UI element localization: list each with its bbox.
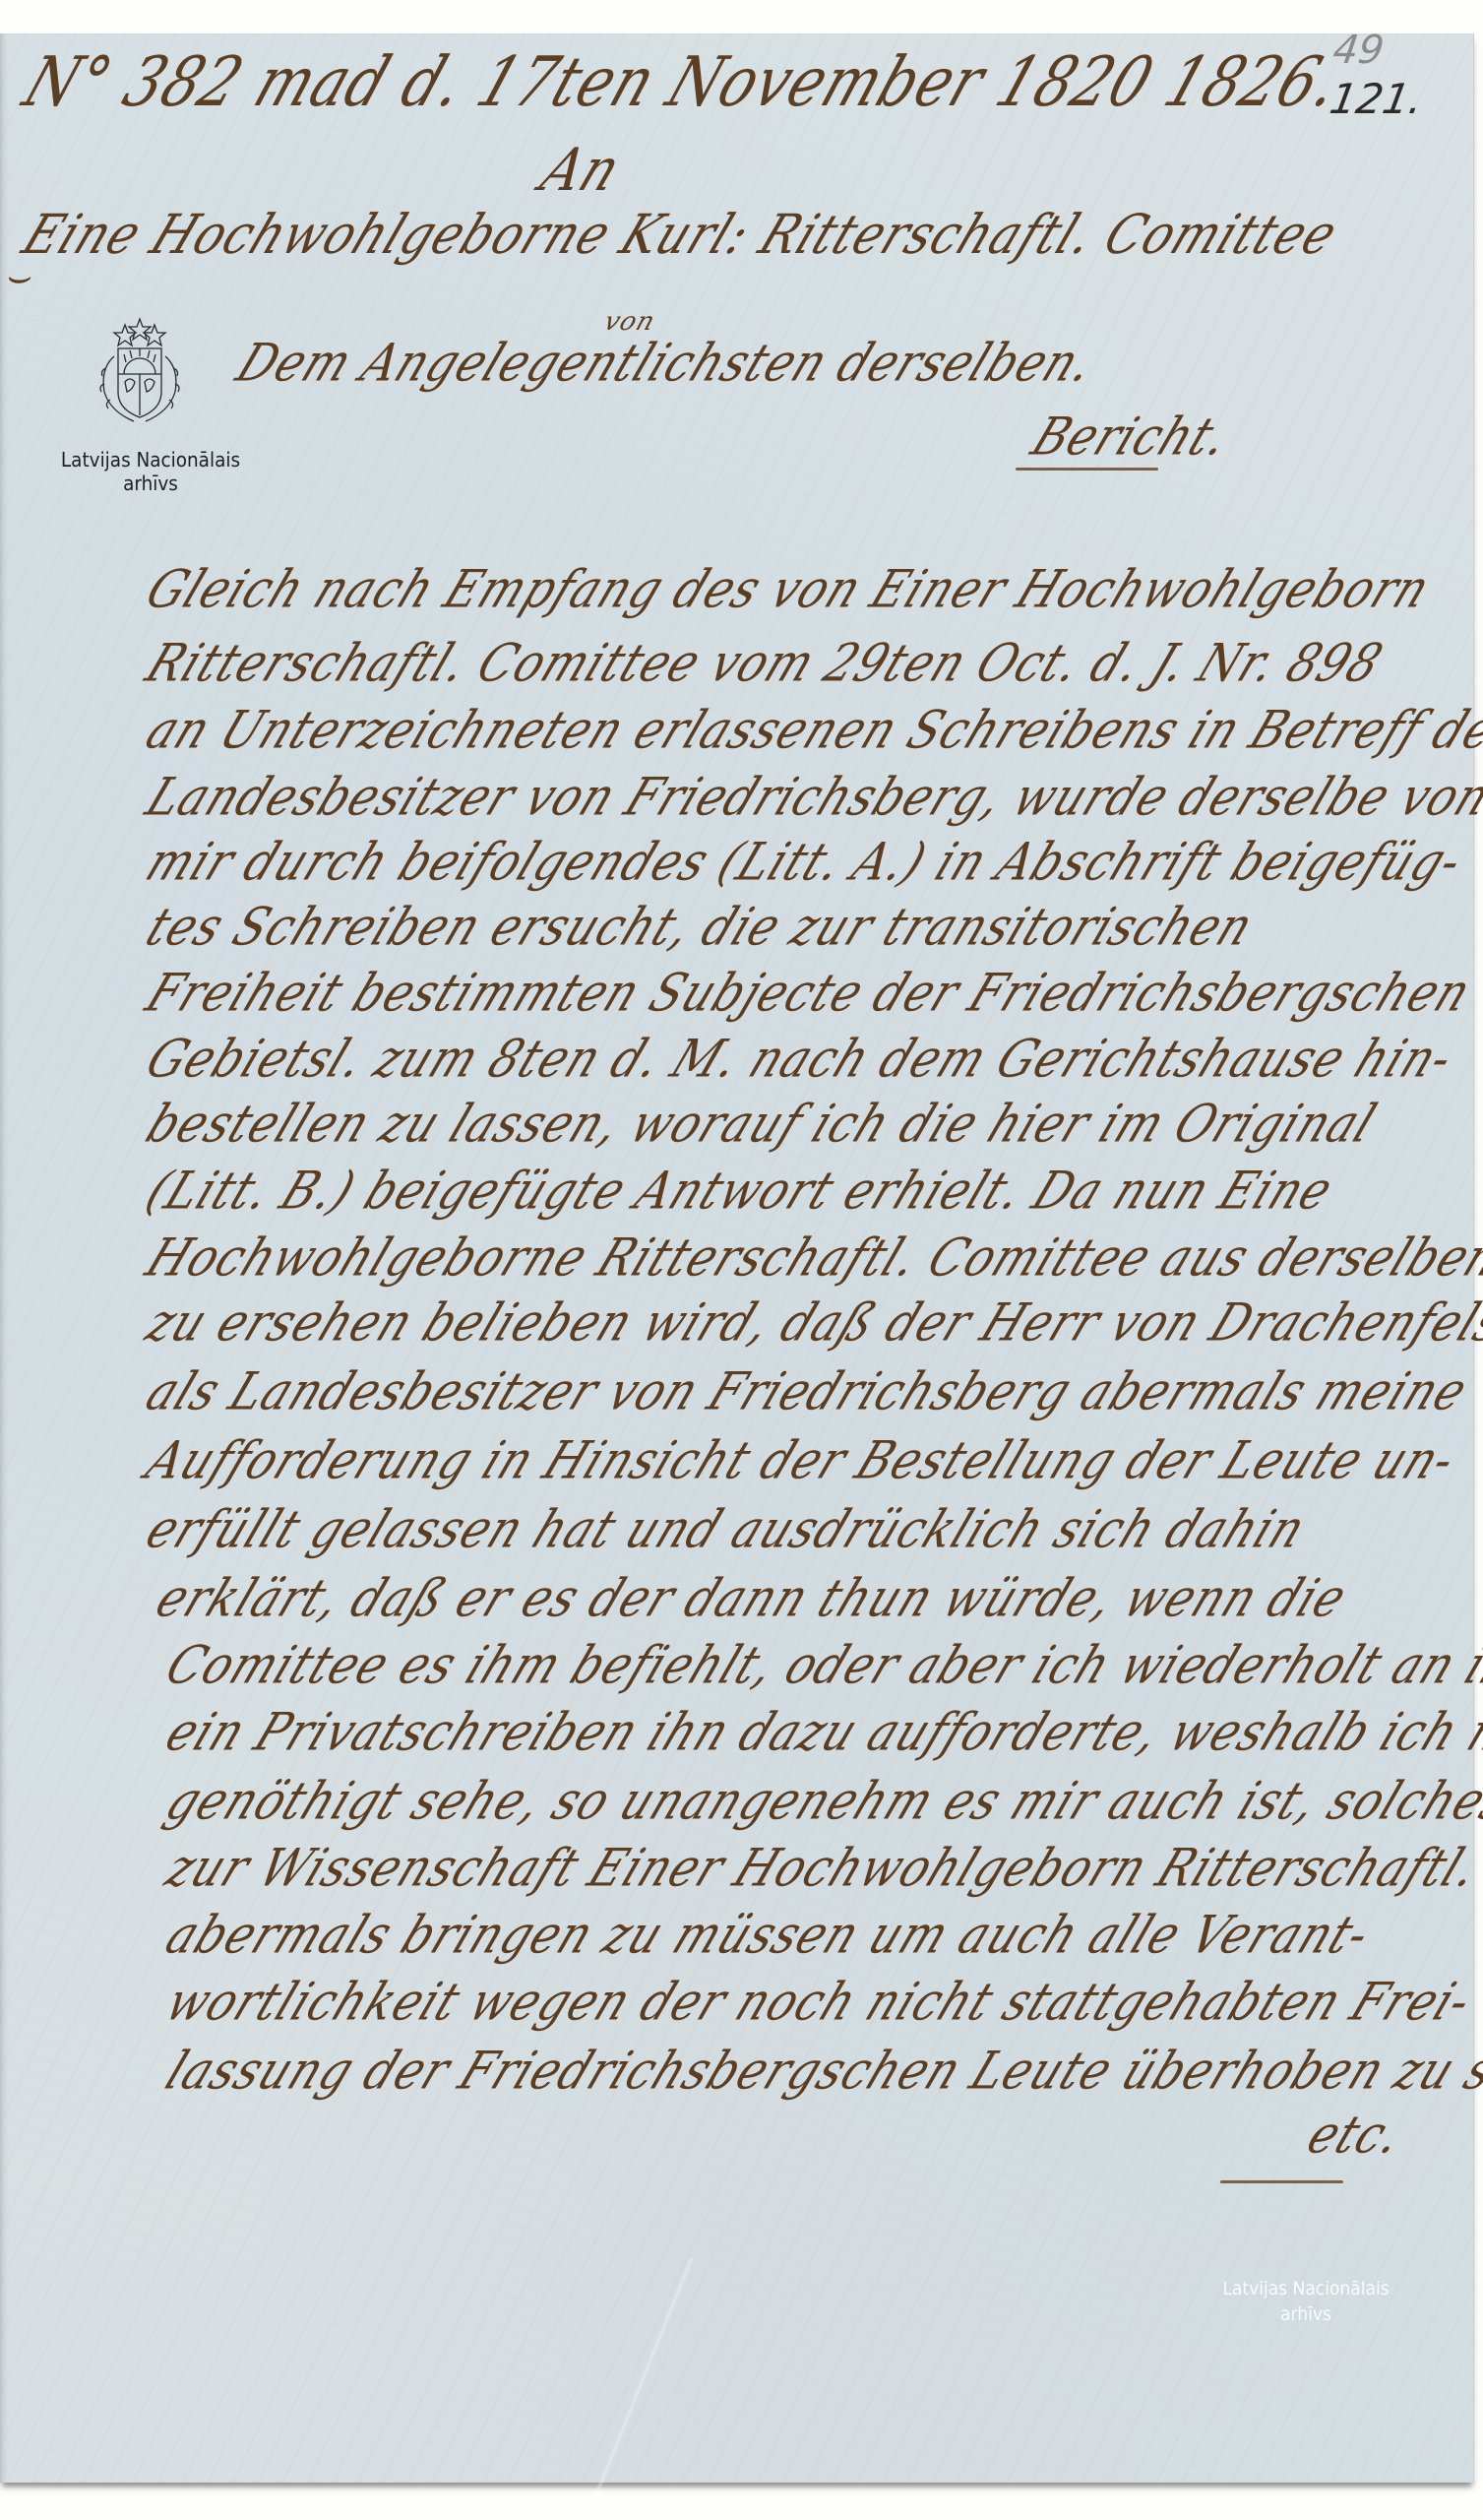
body-line-13: als Landesbesitzer von Friedrichsberg ab… [138, 1360, 1477, 1421]
subject-heading: Bericht. [1023, 406, 1239, 467]
body-line-6: tes Schreiben ersucht, die zur transitor… [138, 896, 1263, 957]
body-line-11: Hochwohlgeborne Ritterschaftl. Comittee … [138, 1227, 1483, 1288]
paper-fold [593, 2257, 695, 2496]
body-line-7: Freiheit bestimmten Subjecte der Friedri… [138, 962, 1481, 1023]
body-line-5: mir durch beifolgendes (Litt. A.) in Abs… [138, 831, 1472, 892]
body-line-20: zur Wissenschaft Einer Hochwohlgeborn Ri… [157, 1837, 1483, 1898]
folio-ink-number: 121. [1327, 75, 1427, 123]
scanned-page: 49 121. N° 382 mad d. 17ten November 182… [0, 0, 1483, 2520]
body-line-4: Landesbesitzer von Friedrichsberg, wurde… [138, 766, 1483, 827]
archive-watermark-bottom: Latvijas Nacionālais arhīvs [1213, 2276, 1399, 2327]
margin-mark: ⌣ [4, 254, 30, 299]
archive-name-line2: arhīvs [55, 472, 245, 495]
body-line-14: Aufforderung in Hinsicht der Bestellung … [138, 1429, 1465, 1490]
body-line-15: erfüllt gelassen hat und ausdrücklich si… [138, 1498, 1315, 1559]
archive-name-line1: Latvijas Nacionālais [55, 448, 245, 472]
body-line-23: lassung der Friedrichsbergschen Leute üb… [157, 2040, 1483, 2101]
subject-underline [1016, 468, 1158, 471]
latvia-coat-of-arms-icon [81, 313, 199, 431]
body-line-22: wortlichkeit wegen der noch nicht stattg… [157, 1971, 1481, 2032]
body-line-12: zu ersehen belieben wird, daß der Herr v… [138, 1291, 1483, 1353]
body-line-9: bestellen zu lassen, worauf ich die hier… [138, 1093, 1386, 1154]
archive-watermark-top: Latvijas Nacionālais arhīvs [55, 448, 245, 495]
body-line-19: genöthigt sehe, so unangenehm es mir auc… [157, 1770, 1483, 1831]
body-line-21: abermals bringen zu müssen um auch alle … [157, 1904, 1380, 1965]
closing-underline [1220, 2180, 1343, 2183]
addressee-line: Eine Hochwohlgeborne Kurl: Ritterschaftl… [14, 204, 1347, 267]
body-line-8: Gebietsl. zum 8ten d. M. nach dem Gerich… [138, 1028, 1463, 1089]
body-line-3: an Unterzeichneten erlassenen Schreibens… [138, 699, 1483, 760]
body-line-17: Comittee es ihm befiehlt, oder aber ich … [157, 1634, 1483, 1695]
body-line-18: ein Privatschreiben ihn dazu aufforderte… [157, 1701, 1483, 1762]
archive-name-line1: Latvijas Nacionālais [1213, 2276, 1399, 2301]
body-line-2: Ritterschaftl. Comittee vom 29ten Oct. d… [138, 632, 1391, 693]
body-line-10: (Litt. B.) beigefügte Antwort erhielt. D… [138, 1160, 1342, 1221]
reference-line: N° 382 mad d. 17ten November 1820 1826. [14, 41, 1352, 122]
body-line-16: erklärt, daß er es der dann thun würde, … [148, 1567, 1356, 1628]
sender-line: Dem Angelegentlichsten derselben. [228, 332, 1104, 393]
body-line-1: Gleich nach Empfang des von Einer Hochwo… [138, 558, 1440, 619]
archive-name-line2: arhīvs [1213, 2301, 1399, 2327]
